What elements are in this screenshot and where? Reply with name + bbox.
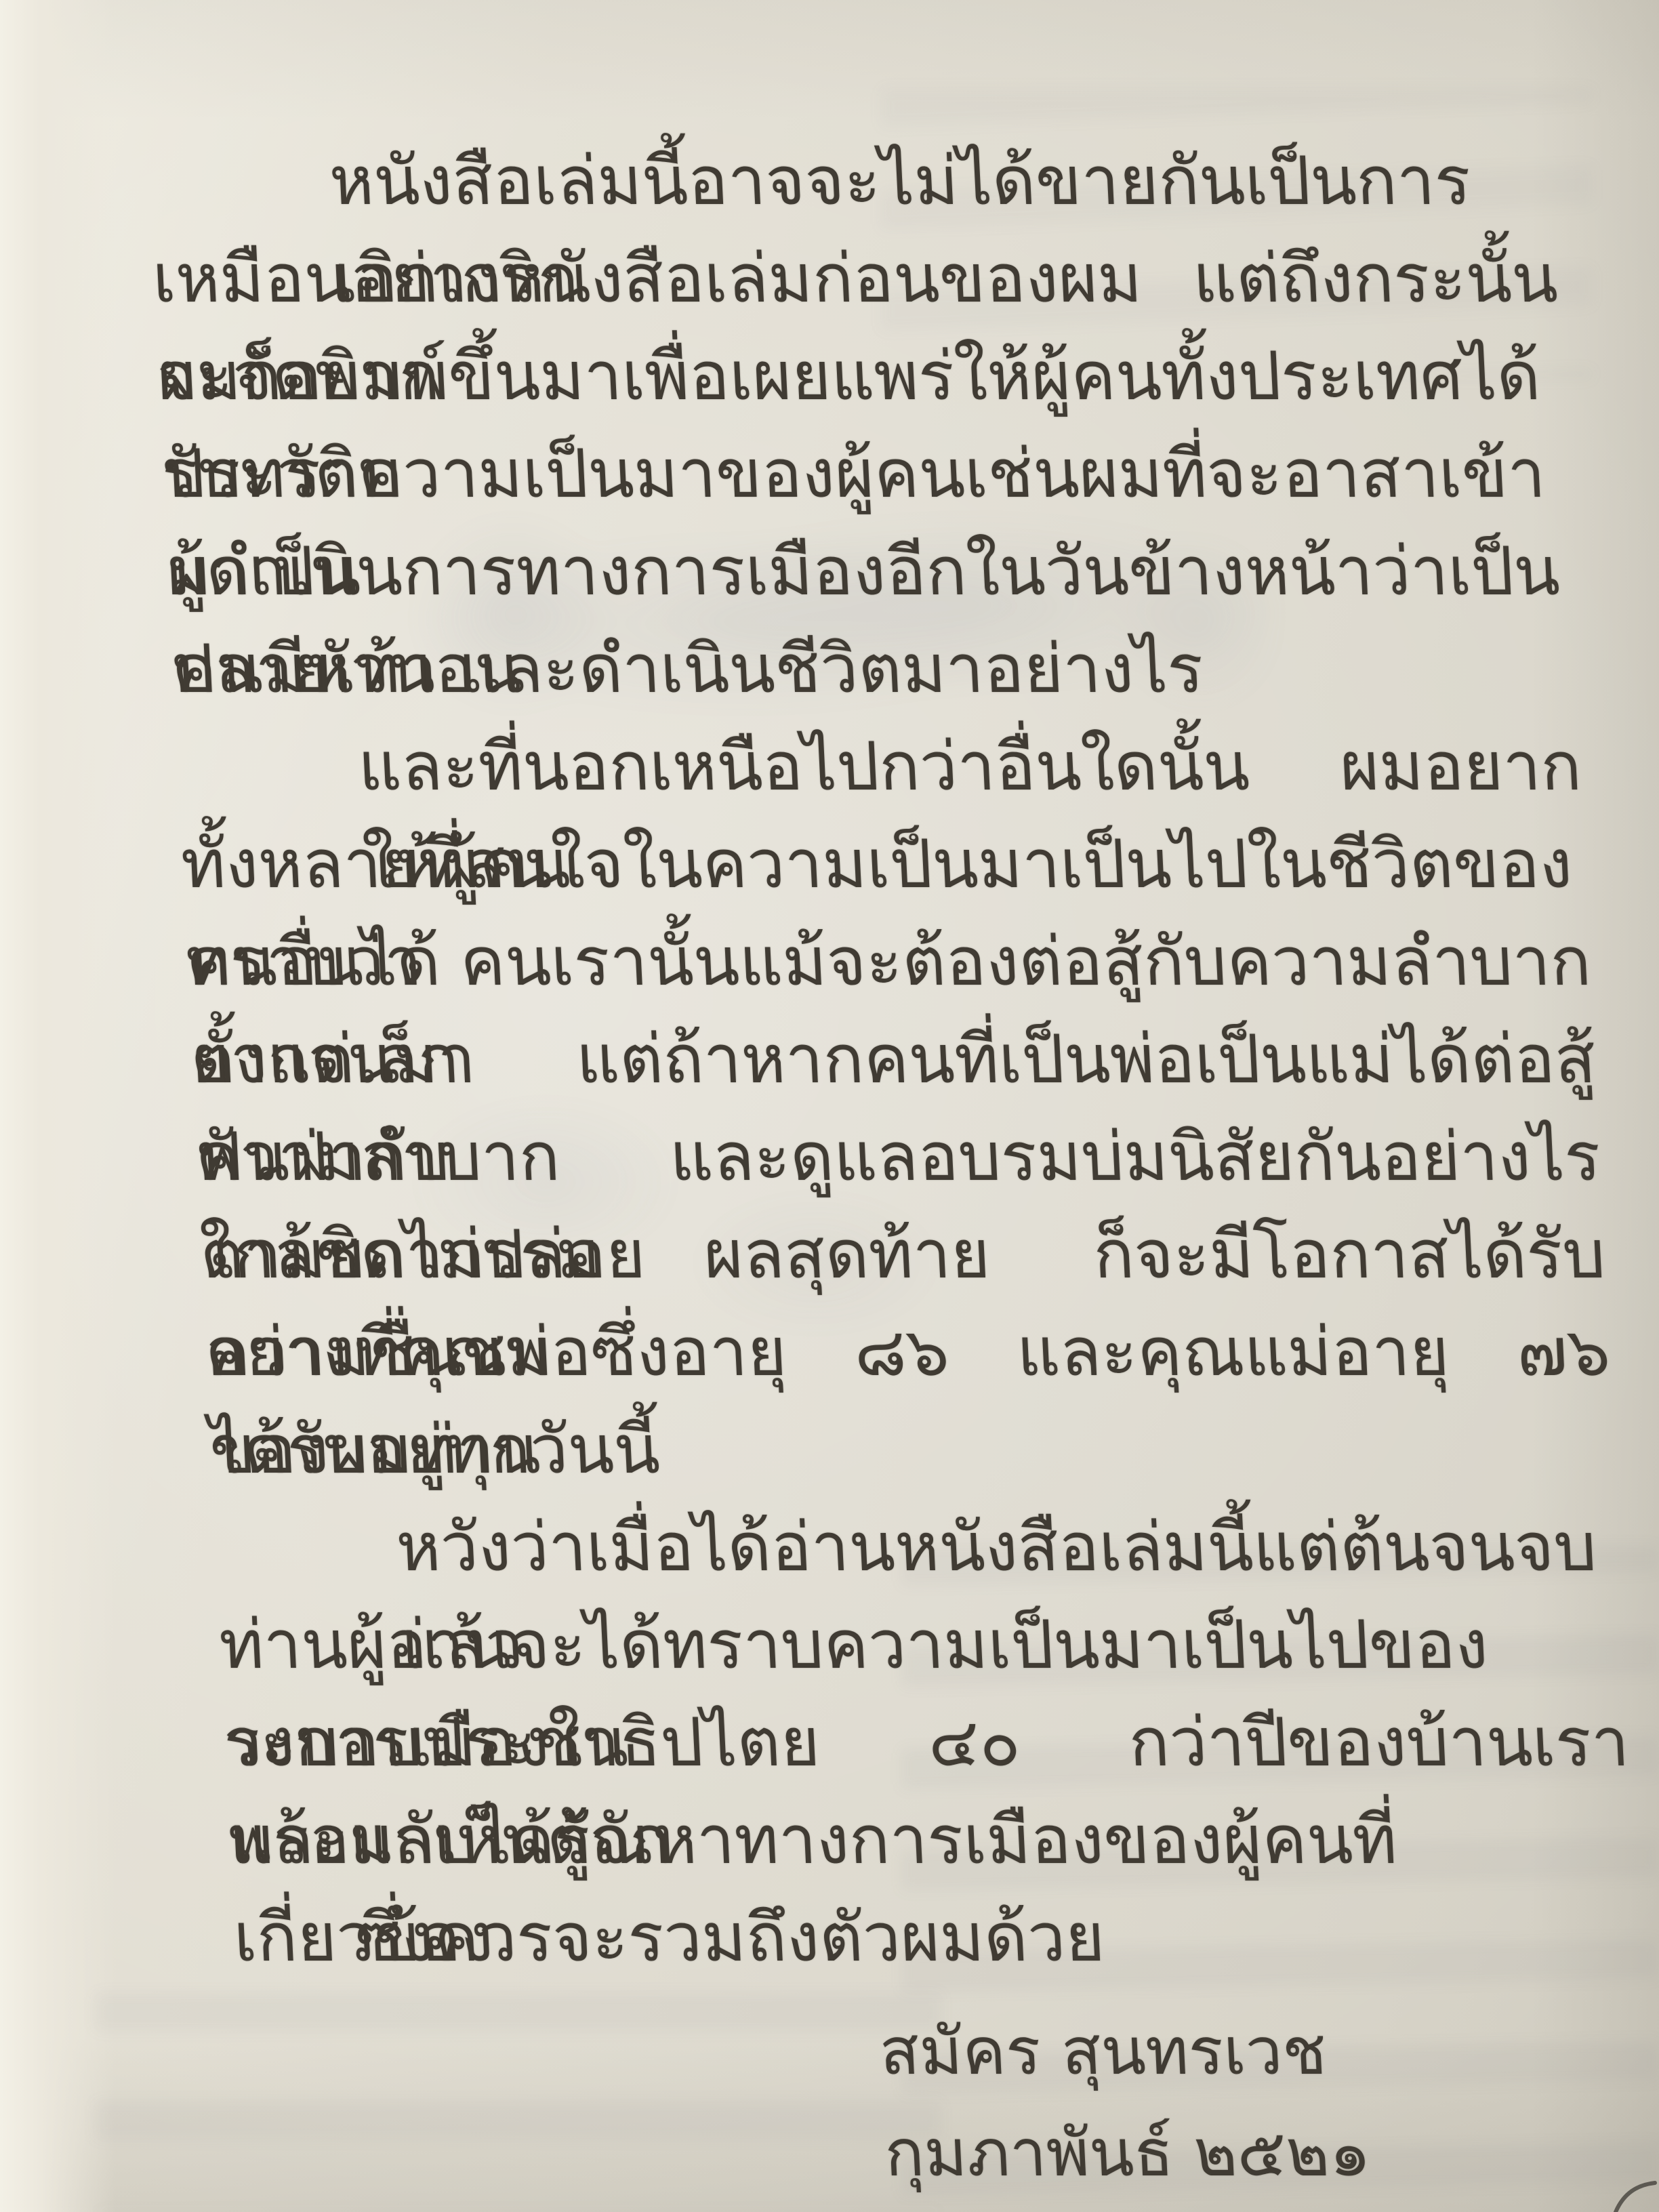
body-line: ทั้งหลายที่สนใจในความเป็นมาเป็นไปในชีวิต… bbox=[179, 816, 1589, 914]
signature-date: กุมภาพันธ์ ๒๕๒๑ bbox=[882, 2102, 1373, 2204]
body-line: ได้รับอยู่ทุกวันนี้ bbox=[207, 1401, 1617, 1499]
paragraph: ซึ่งควรจะรวมถึงตัวผมด้วย bbox=[231, 1889, 1641, 1987]
author-name: สมัคร สุนทรเวช bbox=[877, 2001, 1368, 2102]
body-line: จะจัดพิมพ์ขึ้นมาเพื่อเผยแพร่ให้ผู้คนทั้ง… bbox=[155, 328, 1565, 426]
paragraph: หนังสือเล่มนี้อาจจะไม่ได้ขายกันเป็นการเอ… bbox=[146, 133, 1579, 718]
paragraph: หวังว่าเมื่อได้อ่านหนังสือเล่มนี้แต่ต้นจ… bbox=[212, 1499, 1636, 1889]
body-line: อย่างที่คุณพ่อซึ่งอายุ ๘๖ และคุณแม่อายุ … bbox=[203, 1304, 1612, 1401]
body-line: ความลำบาก และดูแลอบรมบ่มนิสัยกันอย่างไรใ… bbox=[193, 1109, 1603, 1206]
body-line: ตั้งแต่เล็ก แต่ถ้าหากคนที่เป็นพ่อเป็นแม่… bbox=[188, 1011, 1598, 1109]
body-line: เหมือนอย่างหนังสือเล่มก่อนของผม แต่ถึงกร… bbox=[150, 230, 1560, 328]
paragraph: และที่นอกเหนือไปกว่าอื่นใดนั้น ผมอยากให้… bbox=[174, 718, 1617, 1499]
signature-block: สมัคร สุนทรเวช กุมภาพันธ์ ๒๕๒๑ bbox=[877, 2001, 1372, 2204]
pen-mark bbox=[1610, 2177, 1659, 2212]
body-line: ระบอบประชาธิปไตย ๔๐ กว่าปีของบ้านเรา พร้… bbox=[222, 1694, 1631, 1792]
body-line: ตามยถากรรม ผลสุดท้าย ก็จะมีโอกาสได้รับคว… bbox=[198, 1206, 1607, 1304]
body-line: ทราบว่า คนเรานั้นแม้จะต้องต่อสู้กับความล… bbox=[184, 914, 1593, 1011]
body-line: ท่านผู้อ่านจะได้ทราบความเป็นมาเป็นไปของว… bbox=[217, 1597, 1626, 1694]
body-line: และที่นอกเหนือไปกว่าอื่นใดนั้น ผมอยากให้… bbox=[174, 718, 1584, 816]
body-line: หนังสือเล่มนี้อาจจะไม่ได้ขายกันเป็นการเอ… bbox=[146, 133, 1555, 230]
body-line: ผู้ดำเนินการทางการเมืองอีกในวันข้างหน้าว… bbox=[165, 523, 1574, 621]
body-line: หวังว่าเมื่อได้อ่านหนังสือเล่มนี้แต่ต้นจ… bbox=[212, 1499, 1622, 1597]
body-line: ซึ่งควรจะรวมถึงตัวผมด้วย bbox=[231, 1889, 1641, 1987]
book-page-photo: หนังสือเล่มนี้อาจจะไม่ได้ขายกันเป็นการเอ… bbox=[0, 0, 1659, 2212]
body-line: ประวัติความเป็นมาของผู้คนเช่นผมที่จะอาสา… bbox=[160, 426, 1570, 523]
body-line: และแลเห็นตัณหาทางการเมืองของผู้คนที่เกี่… bbox=[226, 1792, 1636, 1889]
body-line: ปลายเท้า และดำเนินชีวิตมาอย่างไร bbox=[169, 621, 1579, 718]
preface-text: หนังสือเล่มนี้อาจจะไม่ได้ขายกันเป็นการเอ… bbox=[0, 0, 1659, 2212]
